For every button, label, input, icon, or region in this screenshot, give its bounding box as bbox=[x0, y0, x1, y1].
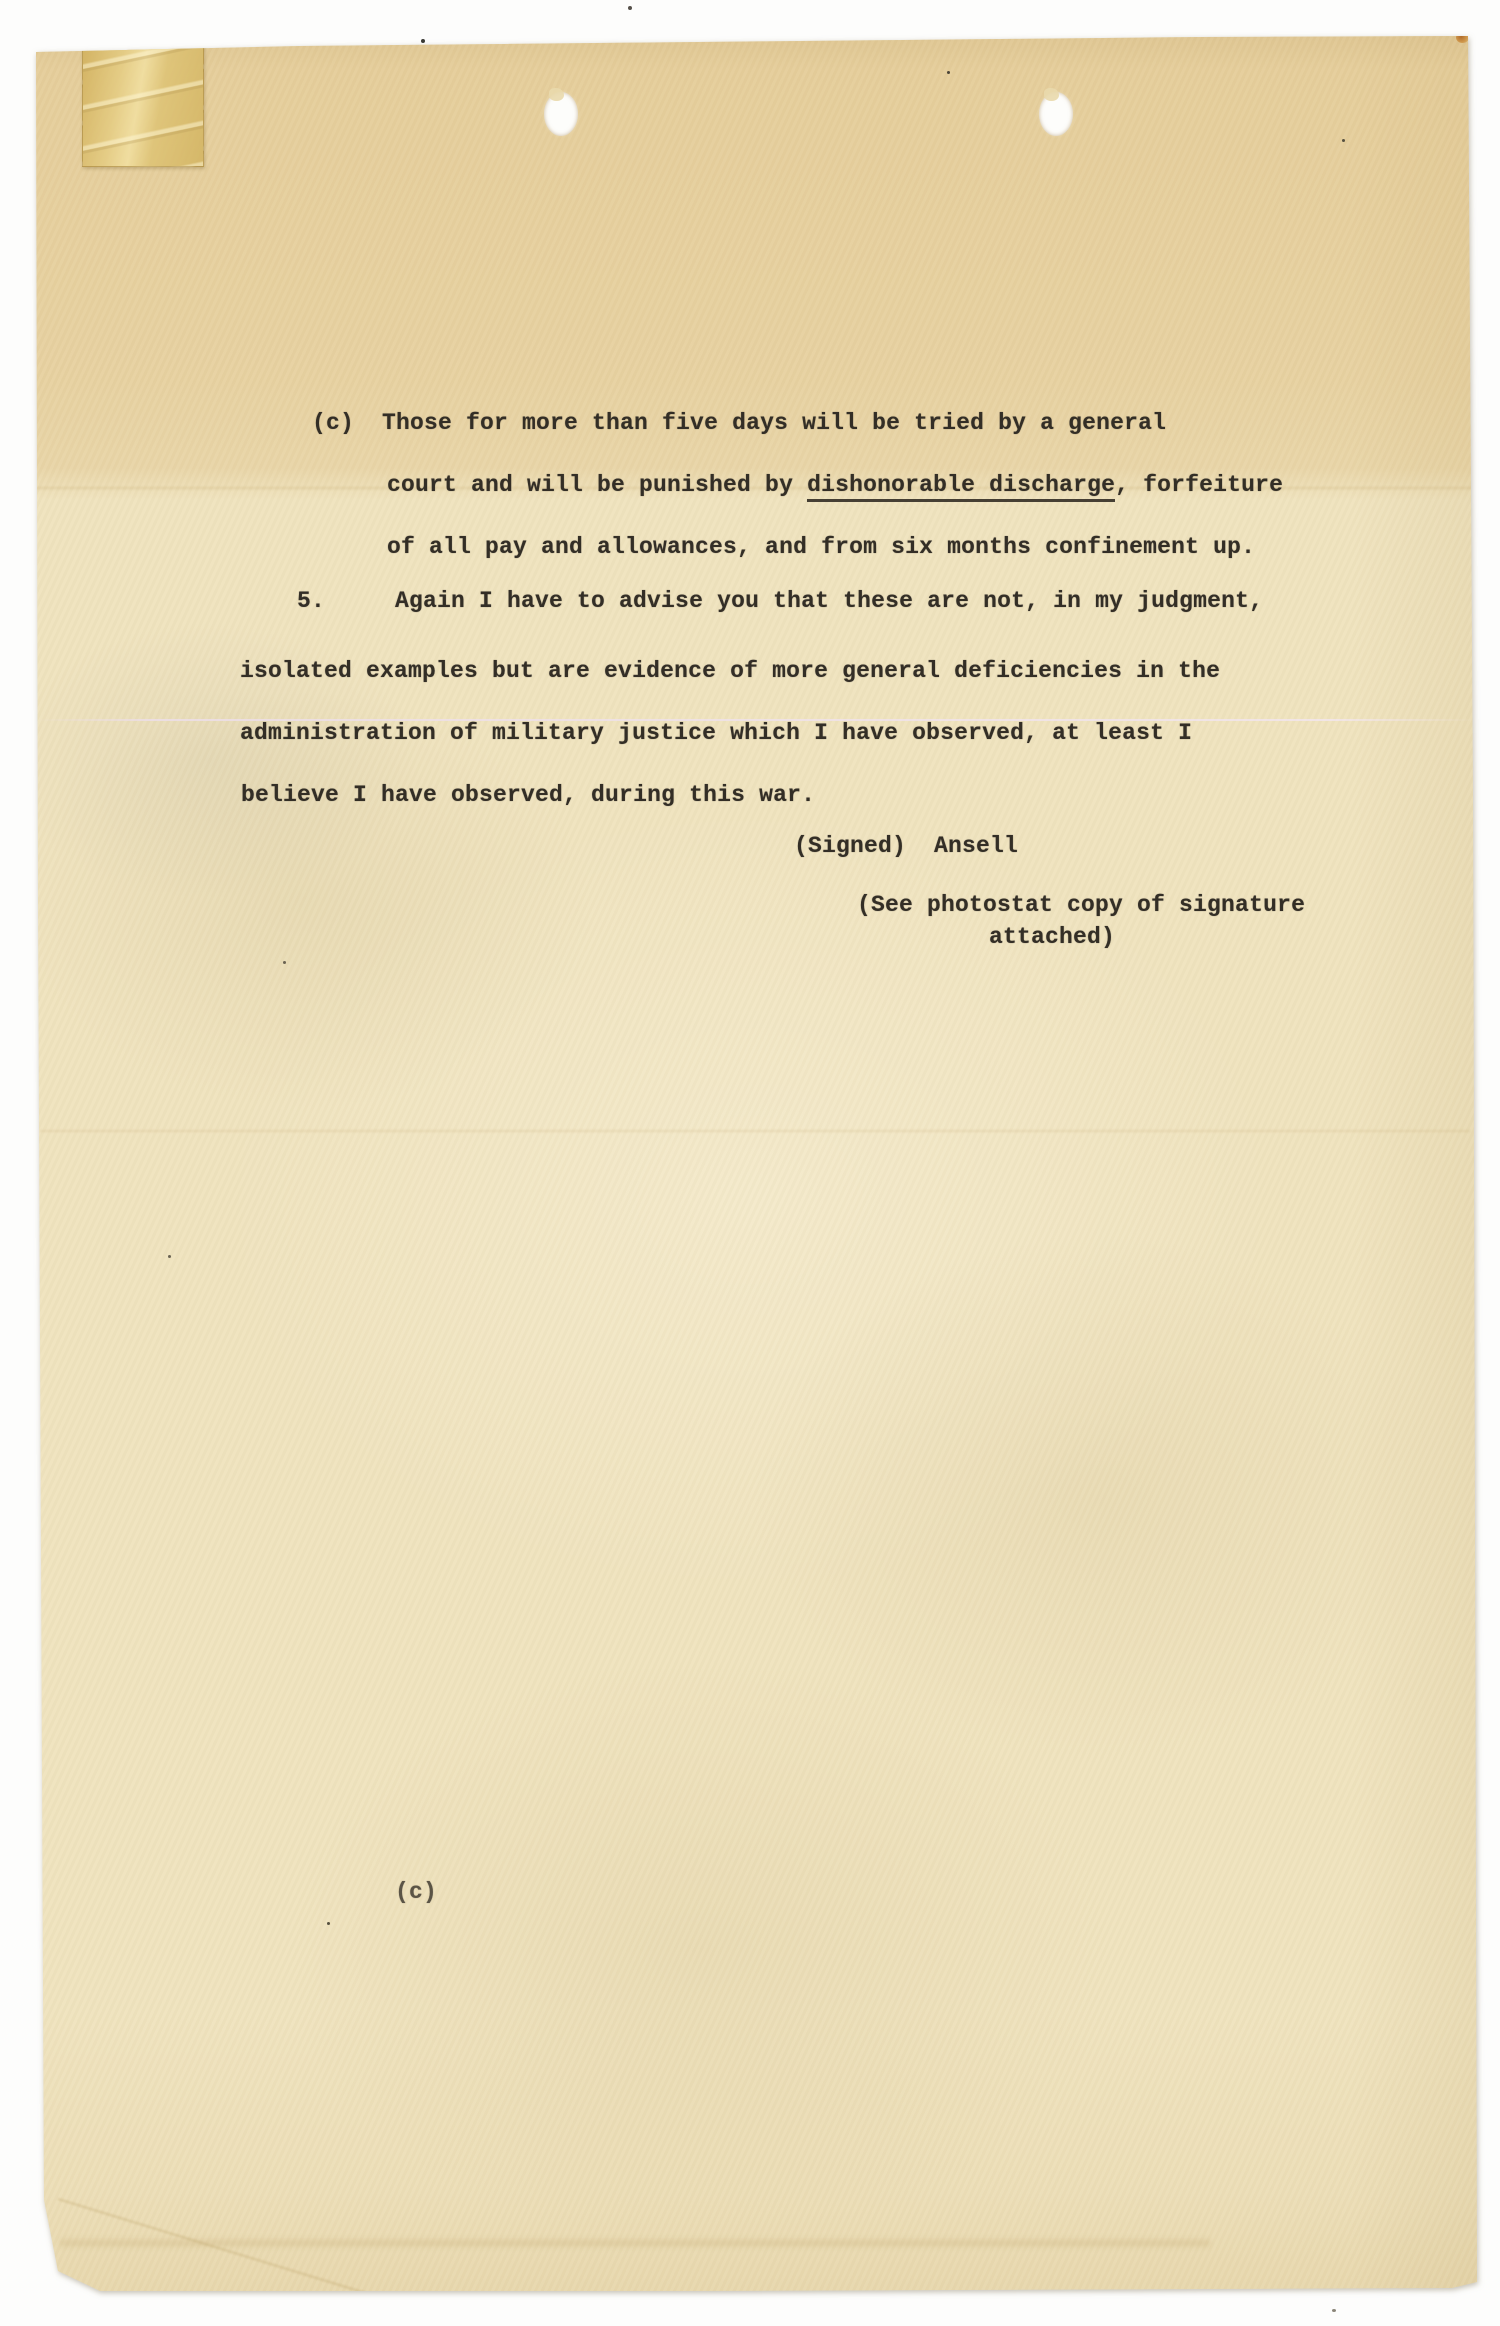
doc-line-item-c-2: court and will be punished by dishonorab… bbox=[387, 471, 1283, 499]
dust-speck bbox=[628, 6, 632, 10]
underlined-phrase: dishonorable discharge bbox=[807, 472, 1115, 502]
tape-patch bbox=[82, 44, 204, 167]
doc-line-signed: (Signed) Ansell bbox=[794, 832, 1018, 860]
dust-speck bbox=[947, 71, 950, 74]
scanned-document-background: (c) Those for more than five days will b… bbox=[0, 0, 1500, 2326]
punch-hole-right bbox=[1039, 92, 1073, 136]
doc-line-item-c-1: (c) Those for more than five days will b… bbox=[312, 409, 1166, 437]
fold-crease-bottom-band bbox=[60, 2237, 1210, 2249]
dust-speck bbox=[1332, 2309, 1336, 2312]
punch-hole-left bbox=[544, 92, 578, 136]
dust-speck bbox=[421, 39, 425, 43]
doc-line-note-1: (See photostat copy of signature bbox=[857, 891, 1305, 919]
punch-hole-tear bbox=[1044, 88, 1059, 101]
page-marker: (c) bbox=[395, 1878, 437, 1906]
dust-speck bbox=[168, 1255, 171, 1258]
rust-spot bbox=[1456, 32, 1469, 43]
doc-line-para5-2: isolated examples but are evidence of mo… bbox=[240, 657, 1220, 685]
dust-speck bbox=[283, 961, 286, 964]
doc-line-item-c-3: of all pay and allowances, and from six … bbox=[387, 533, 1255, 561]
doc-line-para5-3: administration of military justice which… bbox=[240, 719, 1192, 747]
dust-speck bbox=[327, 1922, 330, 1925]
doc-line-text: court and will be punished by bbox=[387, 472, 807, 498]
fold-crease-bottom-left-diagonal bbox=[58, 2198, 374, 2296]
paper-sheet-shadow: (c) Those for more than five days will b… bbox=[0, 0, 1500, 2326]
punch-hole-tear bbox=[549, 88, 564, 101]
doc-line-para5-1: 5. Again I have to advise you that these… bbox=[297, 587, 1263, 615]
dust-speck bbox=[1342, 139, 1345, 142]
fold-crease-lower bbox=[40, 1130, 1470, 1132]
doc-line-para5-4: believe I have observed, during this war… bbox=[241, 781, 815, 809]
doc-line-text: , forfeiture bbox=[1115, 472, 1283, 498]
doc-line-note-2: attached) bbox=[989, 923, 1115, 951]
paper-sheet: (c) Those for more than five days will b… bbox=[0, 0, 1500, 2326]
